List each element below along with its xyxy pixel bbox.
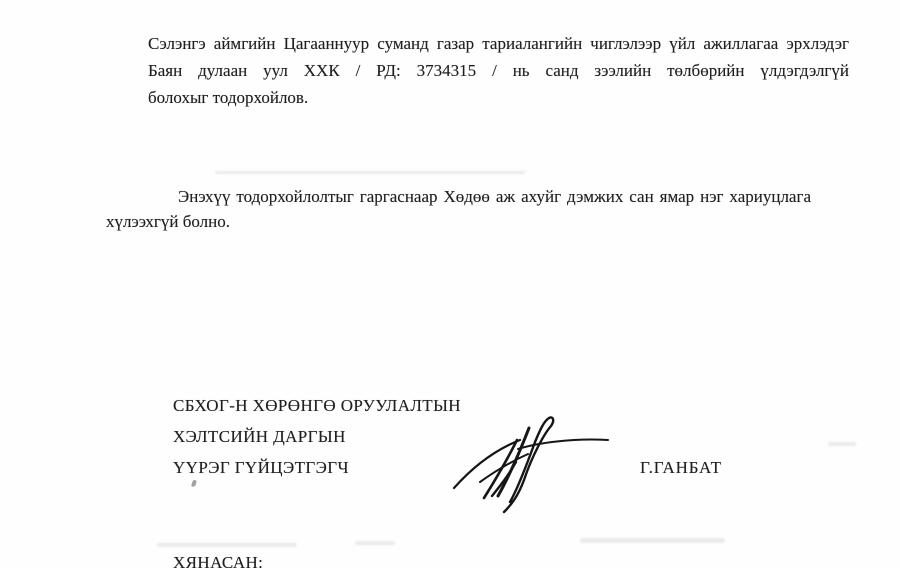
paragraph1-line3: болохыг тодорхойлов. (148, 86, 308, 110)
paragraph1-line2: Баян дулаан уул ХХК / РД: 3734315 / нь с… (148, 59, 849, 83)
signature-title-line3: ҮҮРЭГ ГҮЙЦЭТГЭГЧ (173, 456, 349, 480)
paragraph2-line1: Энэхүү тодорхойлолтыг гаргаснаар Хөдөө а… (178, 185, 811, 209)
scan-smudge (355, 541, 395, 545)
signature-title-line2: ХЭЛТСИЙН ДАРГЫН (173, 425, 346, 449)
signature-title-line1: СБХОГ-Н ХӨРӨНГӨ ОРУУЛАЛТЫН (173, 394, 461, 418)
scan-smudge (157, 543, 297, 547)
scan-smudge (828, 442, 856, 446)
scan-smudge (215, 171, 525, 174)
ink-speck (191, 480, 197, 488)
signer-name: Г.ГАНБАТ (640, 456, 722, 480)
scan-smudge (580, 538, 725, 543)
document-page: Сэлэнгэ аймгийн Цагааннуур суманд газар … (0, 0, 900, 568)
reviewed-label: ХЯНАСАН: (173, 551, 263, 568)
handwritten-signature-icon (432, 396, 632, 526)
paragraph2-line2: хүлээхгүй болно. (106, 210, 230, 234)
paragraph1-line1: Сэлэнгэ аймгийн Цагааннуур суманд газар … (148, 32, 849, 56)
